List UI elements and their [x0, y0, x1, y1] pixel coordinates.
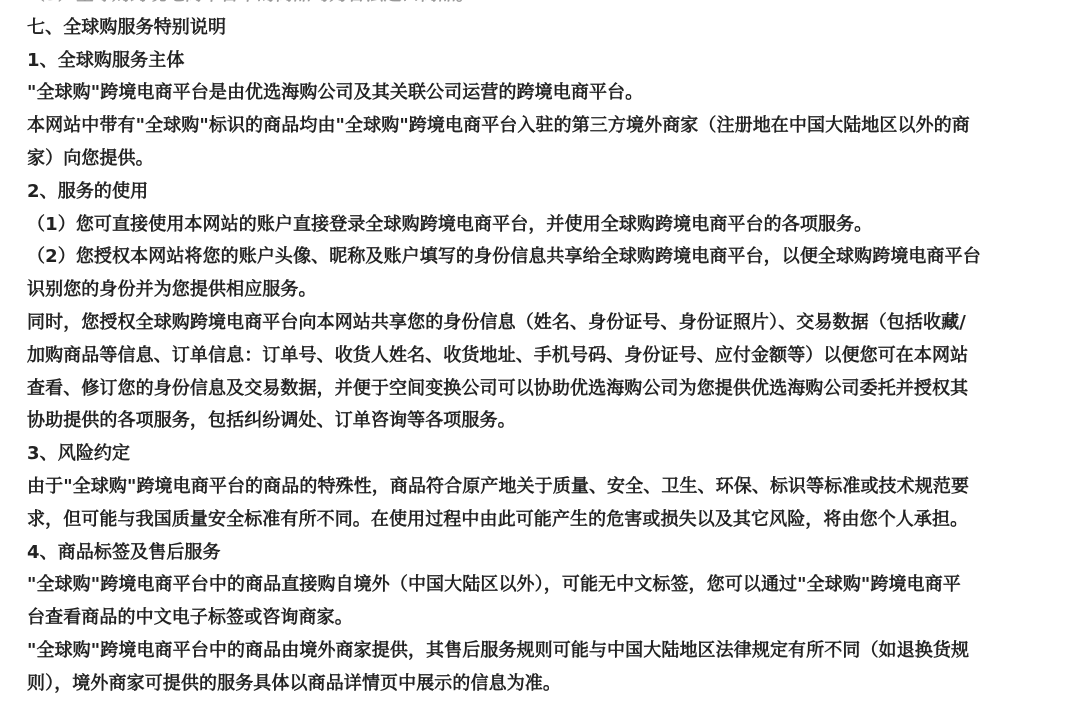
paragraph-line: 识别您的身份并为您提供相应服务。 — [27, 274, 1072, 307]
subsection-heading: 2、服务的使用 — [27, 176, 1072, 209]
paragraph-line: 求，但可能与我国质量安全标准有所不同。在使用过程中由此可能产生的危害或损失以及其… — [27, 504, 1072, 537]
paragraph-line: 台查看商品的中文电子标签或咨询商家。 — [27, 602, 1072, 635]
subsection-heading: 3、风险约定 — [27, 438, 1072, 471]
subsection-heading: 1、全球购服务主体 — [27, 45, 1072, 78]
subsection-service-provider: 1、全球购服务主体 "全球购"跨境电商平台是由优选海购公司及其关联公司运营的跨境… — [27, 45, 1072, 176]
paragraph-line: "全球购"跨境电商平台中的商品由境外商家提供，其售后服务规则可能与中国大陆地区法… — [27, 635, 1072, 668]
subsection-risk-agreement: 3、风险约定 由于"全球购"跨境电商平台的商品的特殊性，商品符合原产地关于质量、… — [27, 438, 1072, 536]
paragraph-line: "全球购"跨境电商平台中的商品直接购自境外（中国大陆区以外），可能无中文标签，您… — [27, 569, 1072, 602]
paragraph-line: 家）向您提供。 — [27, 143, 1072, 176]
paragraph-line: 则），境外商家可提供的服务具体以商品详情页中展示的信息为准。 — [27, 668, 1072, 701]
section-title: 七、全球购服务特别说明 — [27, 12, 1072, 45]
paragraph-line: 由于"全球购"跨境电商平台的商品的特殊性，商品符合原产地关于质量、安全、卫生、环… — [27, 471, 1072, 504]
paragraph-line: "全球购"跨境电商平台是由优选海购公司及其关联公司运营的跨境电商平台。 — [27, 77, 1072, 110]
paragraph-line: （1）您可直接使用本网站的账户直接登录全球购跨境电商平台，并使用全球购跨境电商平… — [27, 209, 1072, 242]
subsection-labels-after-sales: 4、商品标签及售后服务 "全球购"跨境电商平台中的商品直接购自境外（中国大陆区以… — [27, 537, 1072, 701]
subsection-heading: 4、商品标签及售后服务 — [27, 537, 1072, 570]
paragraph-line: 同时，您授权全球购跨境电商平台向本网站共享您的身份信息（姓名、身份证号、身份证照… — [27, 307, 1072, 340]
document-body: （3）全球购跨境电商平台中的商品均为合法进口商品。 七、全球购服务特别说明 1、… — [27, 0, 1072, 701]
paragraph-line: 加购商品等信息、订单信息：订单号、收货人姓名、收货地址、手机号码、身份证号、应付… — [27, 340, 1072, 373]
paragraph-line: （2）您授权本网站将您的账户头像、昵称及账户填写的身份信息共享给全球购跨境电商平… — [27, 241, 1072, 274]
subsection-service-usage: 2、服务的使用 （1）您可直接使用本网站的账户直接登录全球购跨境电商平台，并使用… — [27, 176, 1072, 438]
clipped-previous-line: （3）全球购跨境电商平台中的商品均为合法进口商品。 — [27, 0, 1072, 12]
paragraph-line: 本网站中带有"全球购"标识的商品均由"全球购"跨境电商平台入驻的第三方境外商家（… — [27, 110, 1072, 143]
paragraph-line: 协助提供的各项服务，包括纠纷调处、订单咨询等各项服务。 — [27, 405, 1072, 438]
paragraph-line: 查看、修订您的身份信息及交易数据，并便于空间变换公司可以协助优选海购公司为您提供… — [27, 373, 1072, 406]
